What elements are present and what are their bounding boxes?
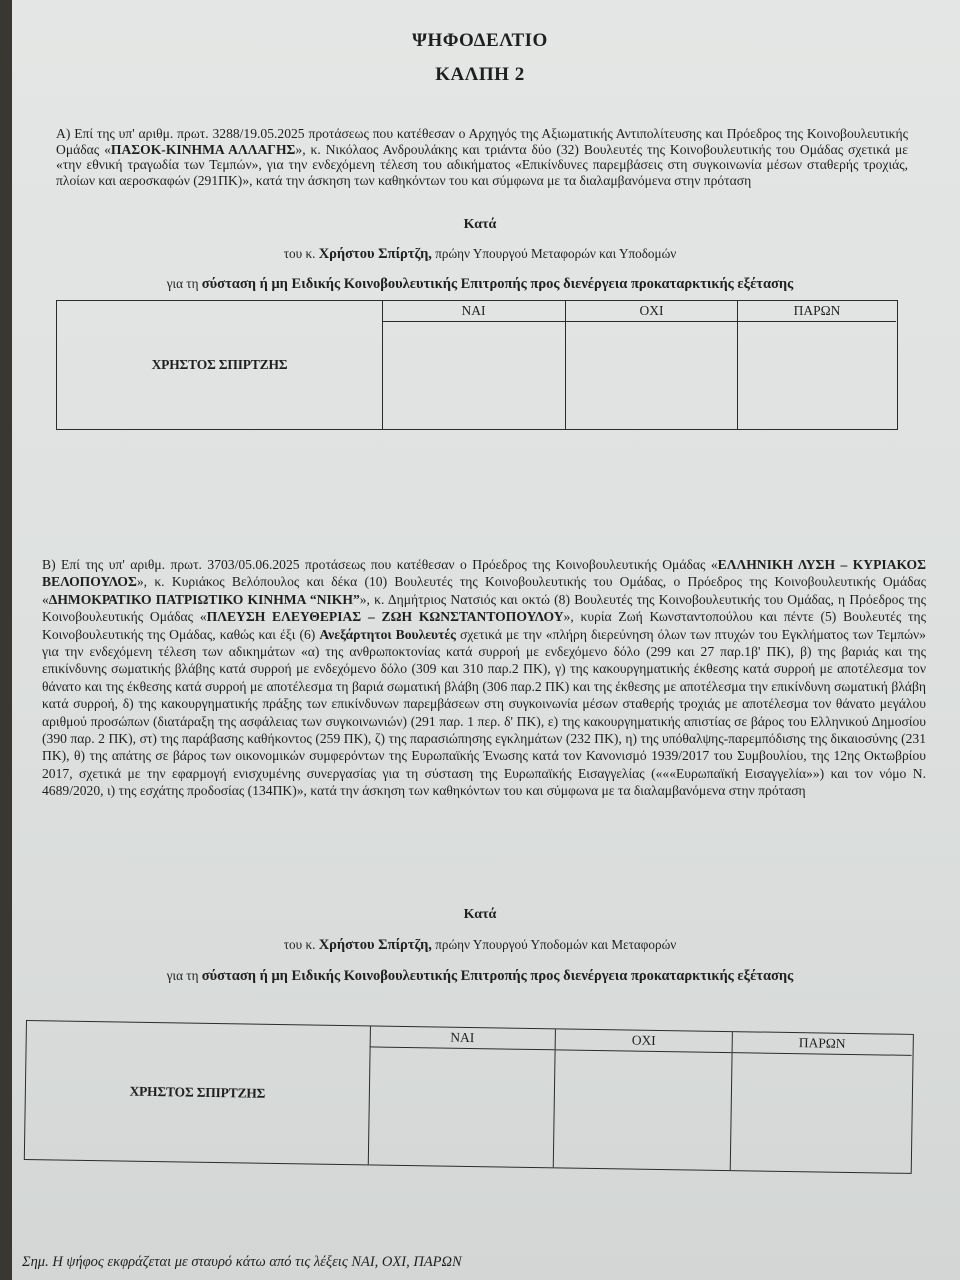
footnote: Σημ. Η ψήφος εκφράζεται με σταυρό κάτω α… [22, 1254, 462, 1271]
ballot-option-label: ΝΑΙ [382, 301, 565, 322]
section-b-person-name: Χρήστου Σπίρτζη, [319, 937, 432, 953]
ballot-paper: ΨΗΦΟΔΕΛΤΙΟ ΚΑΛΠΗ 2 Α) Επί της υπ' αριθμ.… [12, 0, 960, 1280]
bold-party-name: Ανεξάρτητοι Βουλευτές [319, 627, 456, 642]
section-b-against-label: Κατά [12, 907, 948, 923]
section-a-ballot-table: ΧΡΗΣΤΟΣ ΣΠΙΡΤΖΗΣ ΝΑΙ ΟΧΙ ΠΑΡΩΝ [56, 300, 898, 430]
section-b-person-line: του κ. Χρήστου Σπίρτζη, πρώην Υπουργού Υ… [12, 937, 948, 954]
document-subtitle: ΚΑΛΠΗ 2 [12, 64, 948, 86]
ballot-option-present[interactable]: ΠΑΡΩΝ [731, 1032, 912, 1173]
ballot-option-label: ΟΧΙ [556, 1029, 732, 1053]
ballot-option-yes[interactable]: ΝΑΙ [382, 301, 566, 429]
ballot-option-label: ΠΑΡΩΝ [733, 1032, 912, 1056]
ballot-mark-area[interactable] [368, 1047, 555, 1167]
ballot-mark-area[interactable] [738, 322, 896, 429]
ballot-option-label: ΟΧΙ [566, 301, 737, 322]
section-a-person-line: του κ. Χρήστου Σπίρτζη, πρώην Υπουργού Μ… [12, 246, 948, 263]
ballot-mark-area[interactable] [566, 322, 737, 429]
ballot-candidate-name: ΧΡΗΣΤΟΣ ΣΠΙΡΤΖΗΣ [25, 1021, 371, 1164]
bold-party-name: ΠΛΕΥΣΗ ΕΛΕΥΘΕΡΙΑΣ – ΖΩΗ ΚΩΝΣΤΑΝΤΟΠΟΥΛΟΥ [207, 609, 564, 624]
section-a-against-label: Κατά [12, 217, 948, 233]
section-b-paragraph: Β) Επί της υπ' αριθμ. πρωτ. 3703/05.06.2… [42, 556, 926, 800]
bold-party-name: ΔΗΜΟΚΡΑΤΙΚΟ ΠΑΤΡΙΩΤΙΚΟ ΚΙΝΗΜΑ “ΝΙΚΗ” [49, 592, 360, 607]
section-b-ballot-table: ΧΡΗΣΤΟΣ ΣΠΙΡΤΖΗΣ ΝΑΙ ΟΧΙ ΠΑΡΩΝ [24, 1020, 914, 1174]
ballot-candidate-name: ΧΡΗΣΤΟΣ ΣΠΙΡΤΖΗΣ [57, 301, 383, 429]
ballot-option-label: ΠΑΡΩΝ [738, 301, 896, 322]
ballot-option-yes[interactable]: ΝΑΙ [368, 1026, 556, 1167]
document-title: ΨΗΦΟΔΕΛΤΙΟ [12, 30, 948, 52]
bold-party-name: ΠΑΣΟΚ-ΚΙΝΗΜΑ ΑΛΛΑΓΗΣ [111, 142, 296, 157]
ballot-mark-area[interactable] [382, 322, 565, 429]
section-a-person-name: Χρήστου Σπίρτζη, [319, 246, 432, 262]
ballot-mark-area[interactable] [731, 1053, 912, 1173]
ballot-option-label: ΝΑΙ [370, 1026, 555, 1050]
section-b-purpose-line: για τη σύσταση ή μη Ειδικής Κοινοβουλευτ… [12, 968, 948, 985]
section-a-purpose-line: για τη σύσταση ή μη Ειδικής Κοινοβουλευτ… [12, 276, 948, 293]
ballot-option-present[interactable]: ΠΑΡΩΝ [738, 301, 896, 429]
ballot-option-no[interactable]: ΟΧΙ [554, 1029, 733, 1170]
ballot-mark-area[interactable] [554, 1050, 732, 1170]
section-a-paragraph: Α) Επί της υπ' αριθμ. πρωτ. 3288/19.05.2… [56, 126, 908, 188]
ballot-option-no[interactable]: ΟΧΙ [566, 301, 738, 429]
